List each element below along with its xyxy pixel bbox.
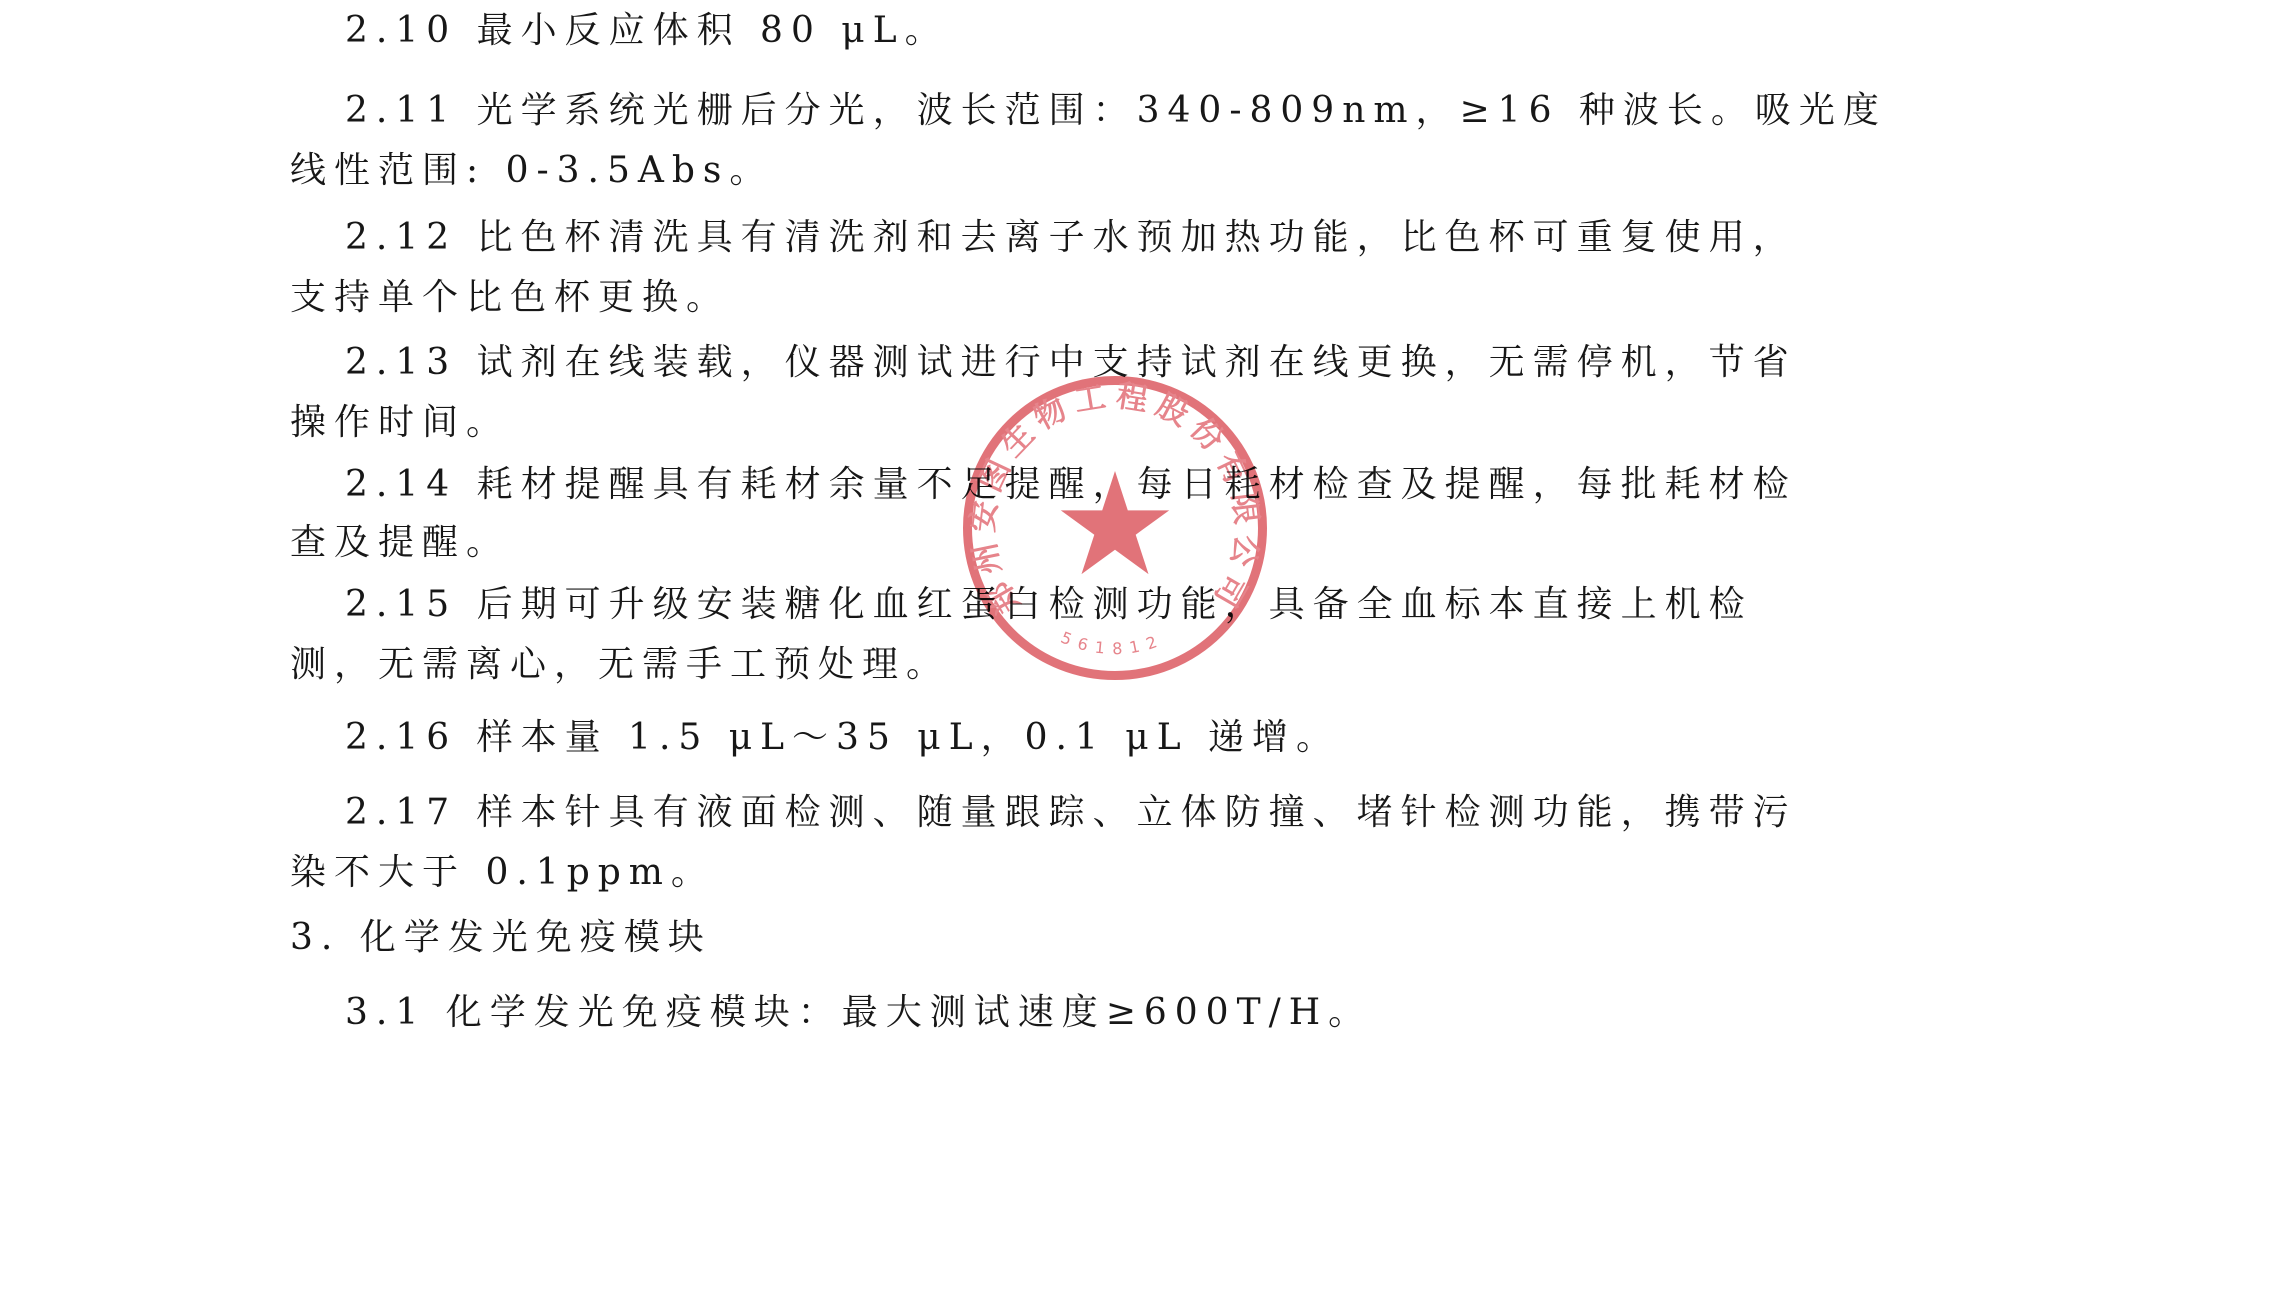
line-2-13-a: 2.13 试剂在线装载，仪器测试进行中支持试剂在线更换，无需停机，节省 — [290, 340, 1910, 385]
line-2-15-a: 2.15 后期可升级安装糖化血红蛋白检测功能，具备全血标本直接上机检 — [290, 582, 1910, 627]
document-page: 2.10 最小反应体积 80 μL。 2.11 光学系统光栅后分光，波长范围：3… — [0, 0, 2281, 1312]
line-2-17-b: 染不大于 0.1ppm。 — [290, 850, 1910, 895]
line-3-1: 3.1 化学发光免疫模块：最大测试速度≥600T/H。 — [290, 990, 1910, 1035]
document-body: 2.10 最小反应体积 80 μL。 2.11 光学系统光栅后分光，波长范围：3… — [290, 0, 1910, 1312]
line-2-14-a: 2.14 耗材提醒具有耗材余量不足提醒，每日耗材检查及提醒，每批耗材检 — [290, 462, 1910, 507]
line-2-17-a: 2.17 样本针具有液面检测、随量跟踪、立体防撞、堵针检测功能，携带污 — [290, 790, 1910, 835]
line-2-13-b: 操作时间。 — [290, 400, 1910, 445]
line-2-15-b: 测，无需离心，无需手工预处理。 — [290, 642, 1910, 687]
line-2-16: 2.16 样本量 1.5 μL～35 μL，0.1 μL 递增。 — [290, 715, 1910, 760]
line-2-11-b: 线性范围: 0-3.5Abs。 — [290, 148, 1910, 193]
heading-3: 3. 化学发光免疫模块 — [290, 915, 1910, 960]
line-2-12-a: 2.12 比色杯清洗具有清洗剂和去离子水预加热功能，比色杯可重复使用， — [290, 215, 1910, 260]
line-2-10: 2.10 最小反应体积 80 μL。 — [290, 8, 1910, 53]
line-2-14-b: 查及提醒。 — [290, 520, 1910, 565]
line-2-12-b: 支持单个比色杯更换。 — [290, 275, 1910, 320]
line-2-11-a: 2.11 光学系统光栅后分光，波长范围：340-809nm，≥16 种波长。吸光… — [290, 88, 1910, 133]
